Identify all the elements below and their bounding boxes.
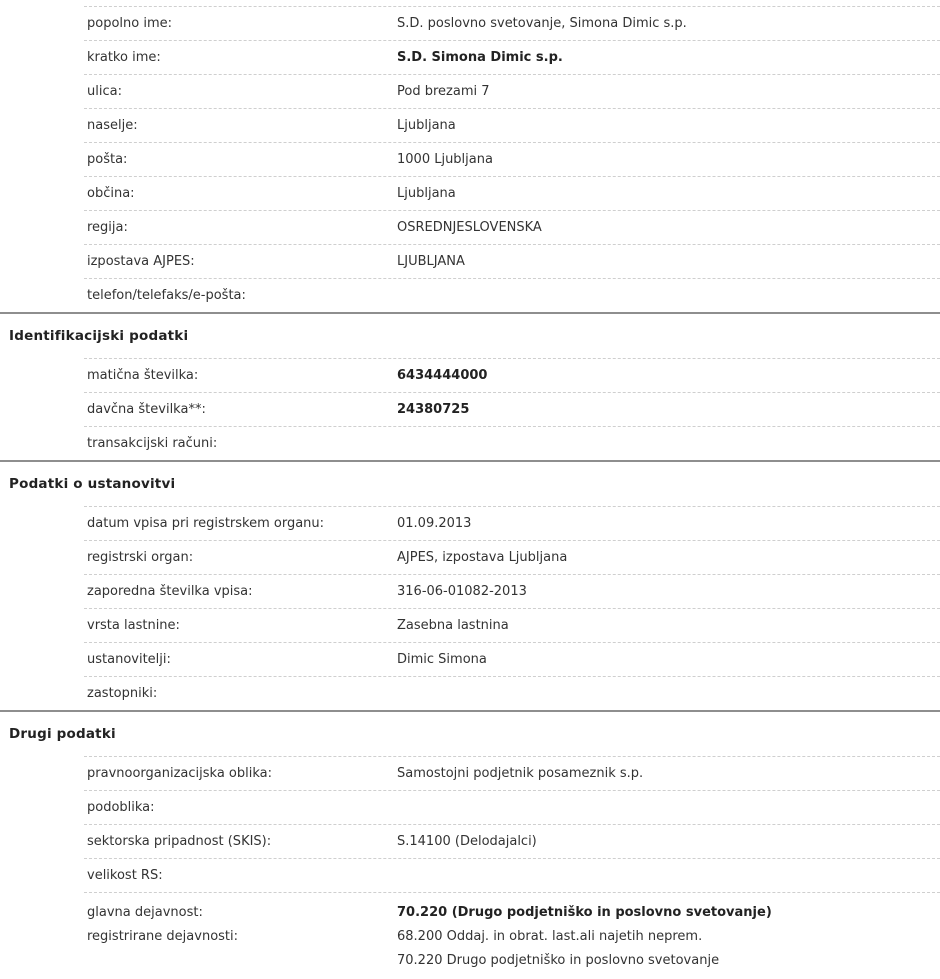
detail-row: registrski organ:AJPES, izpostava Ljublj… (84, 540, 940, 574)
detail-row: vrsta lastnine:Zasebna lastnina (84, 608, 940, 642)
row-value: 01.09.2013 (397, 516, 940, 531)
detail-row: kratko ime:S.D. Simona Dimic s.p. (84, 40, 940, 74)
detail-row: popolno ime:S.D. poslovno svetovanje, Si… (84, 6, 940, 40)
row-label: naselje: (84, 118, 397, 133)
row-label: sektorska pripadnost (SKIS): (84, 834, 397, 849)
row-label: registrski organ: (84, 550, 397, 565)
detail-row: davčna številka**:24380725 (84, 392, 940, 426)
detail-row: podoblika: (84, 790, 940, 824)
detail-row: sektorska pripadnost (SKIS):S.14100 (Del… (84, 824, 940, 858)
row-value: Ljubljana (397, 118, 940, 133)
row-value: 6434444000 (397, 368, 940, 383)
registered-activity-item: 68.200 Oddaj. in obrat. last.ali najetih… (397, 925, 940, 949)
founding-section: Podatki o ustanovitvi datum vpisa pri re… (0, 462, 940, 710)
row-value: 1000 Ljubljana (397, 152, 940, 167)
identification-section: Identifikacijski podatki matična številk… (0, 314, 940, 460)
row-label: davčna številka**: (84, 402, 397, 417)
detail-row: datum vpisa pri registrskem organu:01.09… (84, 506, 940, 540)
row-label: pravnoorganizacijska oblika: (84, 766, 397, 781)
activities-values: 70.220 (Drugo podjetniško in poslovno sv… (397, 901, 940, 973)
section-title-founding: Podatki o ustanovitvi (0, 462, 940, 506)
row-label: zaporedna številka vpisa: (84, 584, 397, 599)
row-value: 316-06-01082-2013 (397, 584, 940, 599)
detail-row: ulica:Pod brezami 7 (84, 74, 940, 108)
row-label: registrirane dejavnosti: (87, 925, 397, 949)
basic-info-section: popolno ime:S.D. poslovno svetovanje, Si… (0, 0, 940, 312)
detail-row: pravnoorganizacijska oblika:Samostojni p… (84, 756, 940, 790)
identification-rows: matična številka:6434444000davčna števil… (84, 358, 940, 460)
company-details-page: popolno ime:S.D. poslovno svetovanje, Si… (0, 0, 940, 973)
founding-rows: datum vpisa pri registrskem organu:01.09… (84, 506, 940, 710)
row-value: Dimic Simona (397, 652, 940, 667)
activities-labels: glavna dejavnost: registrirane dejavnost… (84, 901, 397, 949)
activities-block: glavna dejavnost: registrirane dejavnost… (84, 892, 940, 973)
detail-row: občina:Ljubljana (84, 176, 940, 210)
row-value: Zasebna lastnina (397, 618, 940, 633)
detail-row: matična številka:6434444000 (84, 358, 940, 392)
detail-row: telefon/telefaks/e-pošta: (84, 278, 940, 312)
detail-row: regija:OSREDNJESLOVENSKA (84, 210, 940, 244)
basic-info-rows: popolno ime:S.D. poslovno svetovanje, Si… (84, 0, 940, 312)
detail-row: zastopniki: (84, 676, 940, 710)
detail-row: transakcijski računi: (84, 426, 940, 460)
detail-row: izpostava AJPES:LJUBLJANA (84, 244, 940, 278)
row-label: telefon/telefaks/e-pošta: (84, 288, 397, 303)
row-label: velikost RS: (84, 868, 397, 883)
row-label: popolno ime: (84, 16, 397, 31)
detail-row: zaporedna številka vpisa:316-06-01082-20… (84, 574, 940, 608)
row-label: zastopniki: (84, 686, 397, 701)
row-value: 24380725 (397, 402, 940, 417)
row-label: kratko ime: (84, 50, 397, 65)
detail-row: velikost RS: (84, 858, 940, 892)
row-value: Ljubljana (397, 186, 940, 201)
row-value: S.14100 (Delodajalci) (397, 834, 940, 849)
row-label: ulica: (84, 84, 397, 99)
other-rows: pravnoorganizacijska oblika:Samostojni p… (84, 756, 940, 892)
detail-row: naselje:Ljubljana (84, 108, 940, 142)
row-label: datum vpisa pri registrskem organu: (84, 516, 397, 531)
row-value: S.D. Simona Dimic s.p. (397, 50, 940, 65)
row-label: vrsta lastnine: (84, 618, 397, 633)
row-value: S.D. poslovno svetovanje, Simona Dimic s… (397, 16, 940, 31)
row-label: glavna dejavnost: (87, 901, 397, 925)
row-value: LJUBLJANA (397, 254, 940, 269)
row-label: občina: (84, 186, 397, 201)
row-label: ustanovitelji: (84, 652, 397, 667)
detail-row: ustanovitelji:Dimic Simona (84, 642, 940, 676)
row-label: transakcijski računi: (84, 436, 397, 451)
row-label: podoblika: (84, 800, 397, 815)
main-activity-value: 70.220 (Drugo podjetniško in poslovno sv… (397, 901, 940, 925)
other-section: Drugi podatki pravnoorganizacijska oblik… (0, 712, 940, 973)
row-value: Pod brezami 7 (397, 84, 940, 99)
row-value: OSREDNJESLOVENSKA (397, 220, 940, 235)
row-label: izpostava AJPES: (84, 254, 397, 269)
row-label: regija: (84, 220, 397, 235)
activities-row: glavna dejavnost: registrirane dejavnost… (84, 892, 940, 973)
row-value: AJPES, izpostava Ljubljana (397, 550, 940, 565)
section-title-identification: Identifikacijski podatki (0, 314, 940, 358)
section-title-other: Drugi podatki (0, 712, 940, 756)
row-value: Samostojni podjetnik posameznik s.p. (397, 766, 940, 781)
registered-activity-item: 70.220 Drugo podjetniško in poslovno sve… (397, 949, 940, 973)
row-label: matična številka: (84, 368, 397, 383)
detail-row: pošta:1000 Ljubljana (84, 142, 940, 176)
row-label: pošta: (84, 152, 397, 167)
